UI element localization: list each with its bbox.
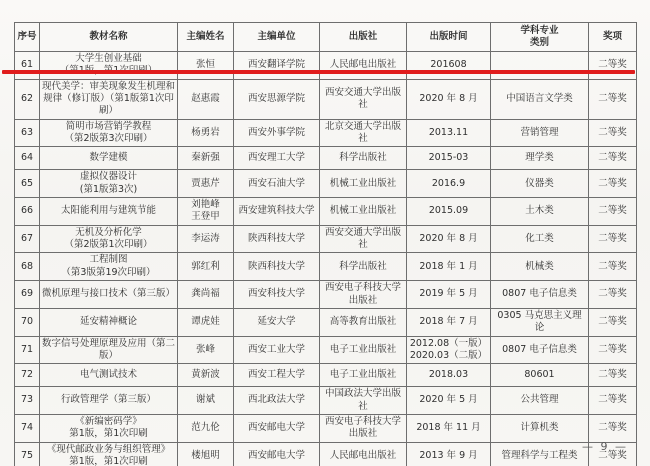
cell-category: 公共管理 <box>491 387 589 415</box>
cell-title: 行政管理学（第三版） <box>40 387 178 415</box>
header-publisher: 出版社 <box>320 23 407 52</box>
table-row: 75 《现代邮政业务与组织管理》 第1版，第1次印刷 楼旭明 西安邮电大学 人民… <box>15 442 637 466</box>
table-row: 65 虚拟仪器设计 (第1版第3次) 贾惠芹 西安石油大学 机械工业出版社 20… <box>15 170 637 198</box>
cell-date: 2012.08（一版） 2020.03（二版） <box>407 336 491 364</box>
cell-publisher: 高等教育出版社 <box>320 308 407 336</box>
cell-award: 二等奖 <box>589 364 637 387</box>
cell-org: 陕西科技大学 <box>234 253 320 281</box>
cell-title: 大学生创业基础 （第1版，第1次印刷） <box>40 52 178 80</box>
cell-serial: 72 <box>15 364 40 387</box>
cell-publisher: 西安交通大学出版社 <box>320 79 407 119</box>
cell-award: 二等奖 <box>589 119 637 147</box>
header-category: 学科专业 类别 <box>491 23 589 52</box>
header-editor: 主编姓名 <box>178 23 234 52</box>
cell-date: 2019 年 5 月 <box>407 281 491 309</box>
cell-org: 西安思源学院 <box>234 79 320 119</box>
cell-award: 二等奖 <box>589 147 637 170</box>
cell-serial: 70 <box>15 308 40 336</box>
table-row: 71 数字信号处理原理及应用（第二版） 张峰 西安工业大学 电子工业出版社 20… <box>15 336 637 364</box>
cell-category: 中国语言文学类 <box>491 79 589 119</box>
cell-title: 现代美学：审美现象发生机理和规律（修订版）（第1版第1次印刷） <box>40 79 178 119</box>
cell-publisher: 科学出版社 <box>320 147 407 170</box>
cell-serial: 66 <box>15 198 40 226</box>
red-highlight-line <box>2 70 635 74</box>
table-row: 73 行政管理学（第三版） 谢斌 西北政法大学 中国政法大学出版社 2020 年… <box>15 387 637 415</box>
cell-award: 二等奖 <box>589 414 637 442</box>
cell-category: 0807 电子信息类 <box>491 336 589 364</box>
page-number: — 9 — <box>582 440 628 453</box>
cell-editor: 楼旭明 <box>178 442 234 466</box>
cell-editor: 杨勇岩 <box>178 119 234 147</box>
cell-publisher: 电子工业出版社 <box>320 364 407 387</box>
cell-date: 201608 <box>407 52 491 80</box>
table-row: 64 数学建模 秦新强 西安理工大学 科学出版社 2015-03 理学类 二等奖 <box>15 147 637 170</box>
cell-org: 延安大学 <box>234 308 320 336</box>
awards-table: 序号 教材名称 主编姓名 主编单位 出版社 出版时间 学科专业 类别 奖项 61… <box>14 22 637 466</box>
cell-category: 80601 <box>491 364 589 387</box>
cell-org: 西安理工大学 <box>234 147 320 170</box>
cell-publisher: 电子工业出版社 <box>320 336 407 364</box>
header-org: 主编单位 <box>234 23 320 52</box>
header-award: 奖项 <box>589 23 637 52</box>
cell-title: 电气测试技术 <box>40 364 178 387</box>
cell-award: 二等奖 <box>589 198 637 226</box>
cell-date: 2018 年 1 月 <box>407 253 491 281</box>
table-row: 62 现代美学：审美现象发生机理和规律（修订版）（第1版第1次印刷） 赵惠霞 西… <box>15 79 637 119</box>
cell-title: 太阳能利用与建筑节能 <box>40 198 178 226</box>
cell-title: 数字信号处理原理及应用（第二版） <box>40 336 178 364</box>
cell-title: 工程制图 （第3版第19次印刷） <box>40 253 178 281</box>
cell-editor: 张峰 <box>178 336 234 364</box>
cell-publisher: 西安电子科技大学出版社 <box>320 281 407 309</box>
cell-editor: 范九伦 <box>178 414 234 442</box>
cell-publisher: 中国政法大学出版社 <box>320 387 407 415</box>
cell-org: 西北政法大学 <box>234 387 320 415</box>
cell-category: 机械类 <box>491 253 589 281</box>
cell-serial: 67 <box>15 225 40 253</box>
cell-date: 2020 年 5 月 <box>407 387 491 415</box>
cell-editor: 赵惠霞 <box>178 79 234 119</box>
cell-title: 《新编密码学》 第1版，第1次印刷 <box>40 414 178 442</box>
cell-publisher: 西安交通大学出版社 <box>320 225 407 253</box>
table-row: 63 简明市场营销学教程 （第2版第3次印刷） 杨勇岩 西安外事学院 北京交通大… <box>15 119 637 147</box>
cell-org: 西安邮电大学 <box>234 442 320 466</box>
cell-title: 简明市场营销学教程 （第2版第3次印刷） <box>40 119 178 147</box>
cell-org: 西安翻译学院 <box>234 52 320 80</box>
cell-editor: 谭虎娃 <box>178 308 234 336</box>
cell-category: 计算机类 <box>491 414 589 442</box>
table-row: 74 《新编密码学》 第1版，第1次印刷 范九伦 西安邮电大学 西安电子科技大学… <box>15 414 637 442</box>
awards-table-header: 序号 教材名称 主编姓名 主编单位 出版社 出版时间 学科专业 类别 奖项 <box>15 23 637 52</box>
table-row: 67 无机及分析化学 （第2版第1次印刷） 李运涛 陕西科技大学 西安交通大学出… <box>15 225 637 253</box>
cell-publisher: 人民邮电出版社 <box>320 52 407 80</box>
cell-publisher: 人民邮电出版社 <box>320 442 407 466</box>
cell-date: 2018 年 11 月 <box>407 414 491 442</box>
cell-editor: 黄新波 <box>178 364 234 387</box>
cell-serial: 65 <box>15 170 40 198</box>
table-row: 66 太阳能利用与建筑节能 刘艳峰 王登甲 西安建筑科技大学 机械工业出版社 2… <box>15 198 637 226</box>
cell-title: 延安精神概论 <box>40 308 178 336</box>
cell-serial: 63 <box>15 119 40 147</box>
cell-category: 土木类 <box>491 198 589 226</box>
cell-serial: 73 <box>15 387 40 415</box>
cell-award: 二等奖 <box>589 308 637 336</box>
cell-serial: 68 <box>15 253 40 281</box>
cell-date: 2016.9 <box>407 170 491 198</box>
cell-serial: 69 <box>15 281 40 309</box>
cell-category: 0305 马克思主义理论 <box>491 308 589 336</box>
cell-date: 2018.03 <box>407 364 491 387</box>
cell-award: 二等奖 <box>589 253 637 281</box>
cell-editor: 张恒 <box>178 52 234 80</box>
cell-title: 虚拟仪器设计 (第1版第3次) <box>40 170 178 198</box>
cell-award: 二等奖 <box>589 281 637 309</box>
cell-date: 2020 年 8 月 <box>407 225 491 253</box>
cell-org: 西安邮电大学 <box>234 414 320 442</box>
cell-title: 微机原理与接口技术（第三版） <box>40 281 178 309</box>
header-row: 序号 教材名称 主编姓名 主编单位 出版社 出版时间 学科专业 类别 奖项 <box>15 23 637 52</box>
cell-editor: 郭红利 <box>178 253 234 281</box>
cell-serial: 75 <box>15 442 40 466</box>
header-date: 出版时间 <box>407 23 491 52</box>
cell-title: 《现代邮政业务与组织管理》 第1版，第1次印刷 <box>40 442 178 466</box>
scanned-document-page: 序号 教材名称 主编姓名 主编单位 出版社 出版时间 学科专业 类别 奖项 61… <box>0 0 650 466</box>
header-serial: 序号 <box>15 23 40 52</box>
cell-org: 西安科技大学 <box>234 281 320 309</box>
cell-title: 数学建模 <box>40 147 178 170</box>
cell-category: 营销管理 <box>491 119 589 147</box>
cell-publisher: 北京交通大学出版社 <box>320 119 407 147</box>
cell-award: 二等奖 <box>589 336 637 364</box>
cell-org: 西安外事学院 <box>234 119 320 147</box>
cell-org: 陕西科技大学 <box>234 225 320 253</box>
cell-award: 二等奖 <box>589 225 637 253</box>
cell-serial: 62 <box>15 79 40 119</box>
cell-date: 2013 年 9 月 <box>407 442 491 466</box>
cell-serial: 61 <box>15 52 40 80</box>
table-row: 61 大学生创业基础 （第1版，第1次印刷） 张恒 西安翻译学院 人民邮电出版社… <box>15 52 637 80</box>
cell-award: 二等奖 <box>589 387 637 415</box>
cell-date: 2015-03 <box>407 147 491 170</box>
cell-org: 西安建筑科技大学 <box>234 198 320 226</box>
cell-date: 2018 年 7 月 <box>407 308 491 336</box>
cell-date: 2013.11 <box>407 119 491 147</box>
cell-category: 仪器类 <box>491 170 589 198</box>
cell-editor: 秦新强 <box>178 147 234 170</box>
cell-category <box>491 52 589 80</box>
table-row: 72 电气测试技术 黄新波 西安工程大学 电子工业出版社 2018.03 806… <box>15 364 637 387</box>
table-row: 70 延安精神概论 谭虎娃 延安大学 高等教育出版社 2018 年 7 月 03… <box>15 308 637 336</box>
cell-category: 0807 电子信息类 <box>491 281 589 309</box>
cell-publisher: 西安电子科技大学出版社 <box>320 414 407 442</box>
cell-serial: 64 <box>15 147 40 170</box>
table-row: 68 工程制图 （第3版第19次印刷） 郭红利 陕西科技大学 科学出版社 201… <box>15 253 637 281</box>
awards-table-body: 61 大学生创业基础 （第1版，第1次印刷） 张恒 西安翻译学院 人民邮电出版社… <box>15 52 637 466</box>
cell-editor: 谢斌 <box>178 387 234 415</box>
cell-org: 西安工业大学 <box>234 336 320 364</box>
cell-date: 2020 年 8 月 <box>407 79 491 119</box>
cell-org: 西安工程大学 <box>234 364 320 387</box>
cell-category: 理学类 <box>491 147 589 170</box>
cell-editor: 李运涛 <box>178 225 234 253</box>
cell-editor: 龚尚福 <box>178 281 234 309</box>
cell-publisher: 机械工业出版社 <box>320 198 407 226</box>
cell-serial: 74 <box>15 414 40 442</box>
cell-category: 化工类 <box>491 225 589 253</box>
cell-category: 管理科学与工程类 <box>491 442 589 466</box>
cell-editor: 贾惠芹 <box>178 170 234 198</box>
cell-award: 二等奖 <box>589 170 637 198</box>
cell-publisher: 机械工业出版社 <box>320 170 407 198</box>
cell-award: 二等奖 <box>589 79 637 119</box>
cell-date: 2015.09 <box>407 198 491 226</box>
cell-publisher: 科学出版社 <box>320 253 407 281</box>
cell-editor: 刘艳峰 王登甲 <box>178 198 234 226</box>
table-row: 69 微机原理与接口技术（第三版） 龚尚福 西安科技大学 西安电子科技大学出版社… <box>15 281 637 309</box>
cell-title: 无机及分析化学 （第2版第1次印刷） <box>40 225 178 253</box>
cell-org: 西安石油大学 <box>234 170 320 198</box>
header-title: 教材名称 <box>40 23 178 52</box>
cell-award: 二等奖 <box>589 52 637 80</box>
cell-serial: 71 <box>15 336 40 364</box>
